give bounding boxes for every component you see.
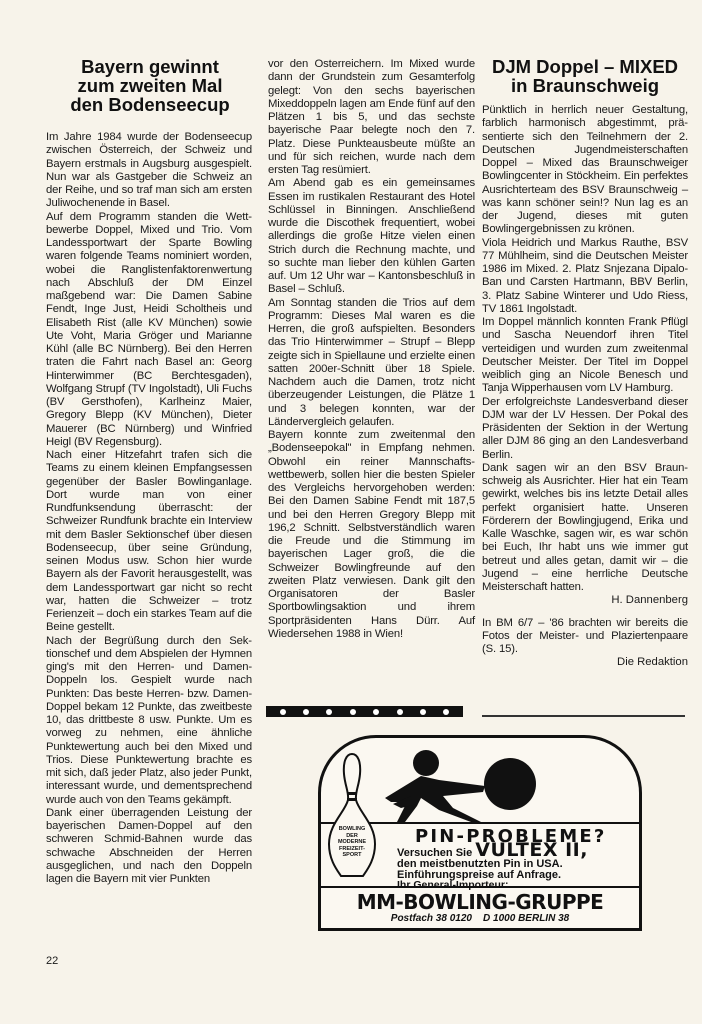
paragraph: Nach einer Hitzefahrt trafen sich die Te… [46, 449, 252, 635]
article-djm-col3: DJM Doppel – MIXED in Braunschweig Pünkt… [482, 0, 688, 670]
paragraph: Nach der Begrüßung durch den Sek­tionsch… [46, 635, 252, 807]
bowling-pin-icon: BOWLING DER MODERNE FREIZEIT- SPORT [327, 752, 377, 878]
paragraph: Im Doppel männlich konnten Frank Pflügl … [482, 316, 688, 396]
paragraph: Bayern konnte zum zweitenmal den „Bodens… [268, 429, 475, 641]
column-end-rule [482, 715, 685, 717]
title-line-2: zum zweiten Mal [48, 76, 252, 95]
paragraph: Viola Heidrich und Markus Rauthe, BSV 77… [482, 237, 688, 317]
article-djm-body: Pünktlich in herrlich neuer Gestaltung, … [482, 104, 688, 670]
ad-company-address: Postfach 38 0120 D 1000 BERLIN 38 [321, 913, 639, 924]
editorial-note: In BM 6/7 – '86 brachten wir bereits die… [482, 617, 688, 657]
title-line-1: DJM Doppel – MIXED [482, 57, 688, 76]
title-line-2: in Braunschweig [482, 76, 688, 95]
page-number: 22 [46, 955, 58, 967]
article-bodenseecup-body-col2: vor den Osterreichern. Im Mixed wurde da… [268, 58, 475, 641]
dot-icon [420, 709, 426, 715]
ad-company-name: MM-BOWLING-GRUPPE [321, 891, 639, 913]
dot-icon [303, 709, 309, 715]
paragraph: Auf dem Programm standen die Wett­bewerb… [46, 211, 252, 450]
dot-icon [443, 709, 449, 715]
paragraph: Dank einer überragenden Leistung der bay… [46, 807, 252, 887]
paragraph: Der erfolgreichste Landesverband dieser … [482, 396, 688, 462]
paragraph: Pünktlich in herrlich neuer Gestaltung, … [482, 104, 688, 237]
article-bodenseecup-col1: Bayern gewinnt zum zweiten Mal den Boden… [46, 0, 252, 886]
paragraph: vor den Osterreichern. Im Mixed wurde da… [268, 58, 475, 177]
pin-label-line: SPORT [327, 852, 377, 859]
paragraph: Im Jahre 1984 wurde der Bodensee­cup zwi… [46, 131, 252, 211]
article-bodenseecup-body-col1: Im Jahre 1984 wurde der Bodensee­cup zwi… [46, 131, 252, 886]
dot-icon [373, 709, 379, 715]
title-line-3: den Bodenseecup [48, 95, 252, 114]
pin-label: BOWLING DER MODERNE FREIZEIT- SPORT [327, 826, 377, 859]
advertisement-vultex: BOWLING DER MODERNE FREIZEIT- SPORT PIN-… [318, 735, 642, 931]
dot-icon [326, 709, 332, 715]
author-signature: H. Dannenberg [482, 594, 688, 607]
dot-icon [280, 709, 286, 715]
paragraph: Dank sagen wir an den BSV Braun­schweig … [482, 462, 688, 595]
decorative-dot-bar [266, 706, 463, 717]
article-djm-title: DJM Doppel – MIXED in Braunschweig [482, 57, 688, 95]
article-bodenseecup-title: Bayern gewinnt zum zweiten Mal den Boden… [48, 57, 252, 114]
article-bodenseecup-col2: vor den Osterreichern. Im Mixed wurde da… [268, 0, 475, 641]
paragraph: Am Sonntag standen die Trios auf dem Pro… [268, 297, 475, 430]
editorial-signature: Die Redaktion [482, 656, 688, 669]
paragraph: Am Abend gab es ein gemeinsames Essen im… [268, 177, 475, 296]
dot-icon [350, 709, 356, 715]
dot-icon [397, 709, 403, 715]
ad-line-1: Versuchen Sie VULTEX II, [397, 844, 588, 859]
title-line-1: Bayern gewinnt [48, 57, 252, 76]
ad-company-area: MM-BOWLING-GRUPPE Postfach 38 0120 D 100… [321, 888, 639, 928]
